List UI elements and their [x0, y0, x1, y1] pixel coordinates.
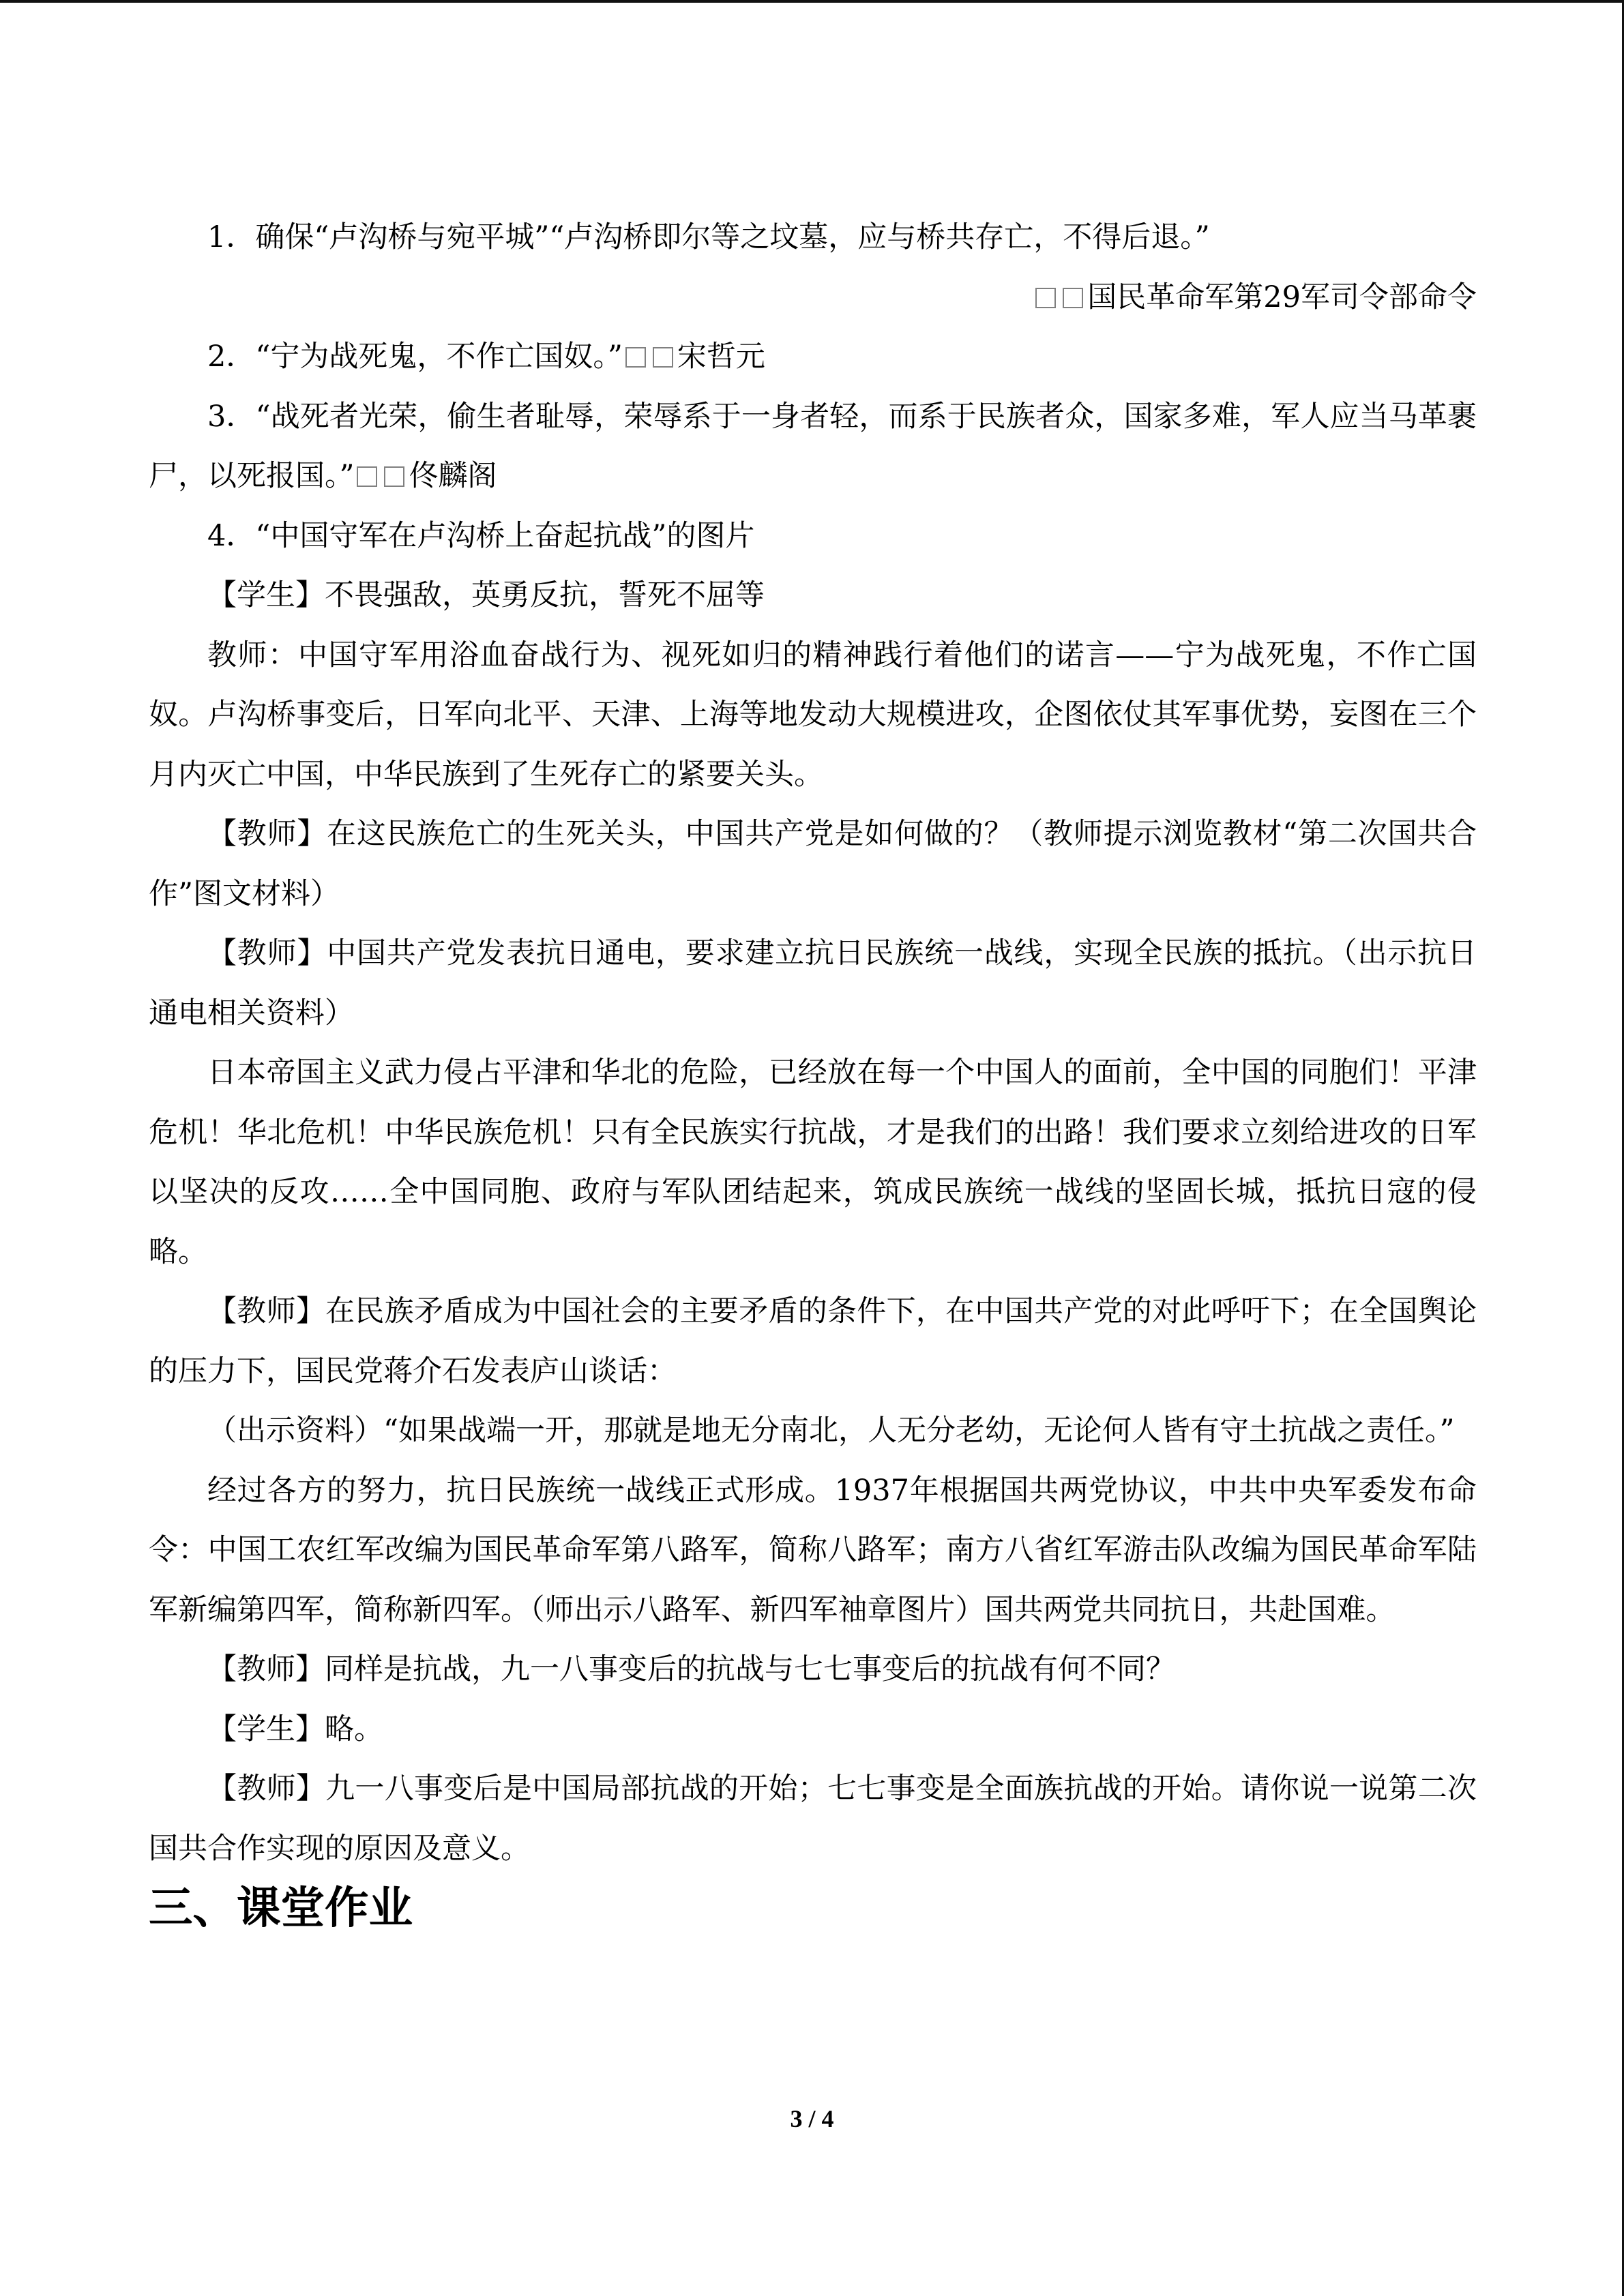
student-response-1: 【学生】不畏强敌，英勇反抗，誓死不屈等 — [149, 566, 1477, 626]
telegram-excerpt: 日本帝国主义武力侵占平津和华北的危险，已经放在每一个中国人的面前，全中国的同胞们… — [149, 1043, 1477, 1282]
teacher-paragraph-3: 【教师】中国共产党发表抗日通电，要求建立抗日民族统一战线，实现全民族的抵抗。（出… — [149, 924, 1477, 1043]
missing-glyph-icon — [1035, 288, 1056, 308]
quote-2-text: 2．“宁为战死鬼，不作亡国奴。” — [207, 340, 623, 374]
quote-3-text: 3．“战死者光荣，偷生者耻辱，荣辱系于一身者轻，而系于民族者众，国家多难，军人应… — [149, 400, 1477, 494]
attribution-text: 国民革命军第29军司令部命令 — [1087, 280, 1477, 314]
document-page: 1．确保“卢沟桥与宛平城”“卢沟桥即尔等之坟墓，应与桥共存亡，不得后退。” 国民… — [149, 208, 1477, 1939]
missing-glyph-icon — [625, 347, 646, 368]
section-heading: 三、课堂作业 — [149, 1879, 1477, 1939]
quote-1-attribution: 国民革命军第29军司令部命令 — [149, 268, 1477, 328]
lushan-speech-excerpt: （出示资料）“如果战端一开，那就是地无分南北，人无分老幼，无论何人皆有守土抗战之… — [149, 1401, 1477, 1461]
quote-3: 3．“战死者光荣，偷生者耻辱，荣辱系于一身者轻，而系于民族者众，国家多难，军人应… — [149, 387, 1477, 507]
united-front-paragraph: 经过各方的努力，抗日民族统一战线正式形成。1937年根据国共两党协议，中共中央军… — [149, 1461, 1477, 1641]
quote-1: 1．确保“卢沟桥与宛平城”“卢沟桥即尔等之坟墓，应与桥共存亡，不得后退。” — [149, 208, 1477, 268]
teacher-question: 【教师】同样是抗战，九一八事变后的抗战与七七事变后的抗战有何不同？ — [149, 1640, 1477, 1700]
missing-glyph-icon — [1063, 288, 1083, 308]
teacher-paragraph-2: 【教师】在这民族危亡的生死关头，中国共产党是如何做的？（教师提示浏览教材“第二次… — [149, 805, 1477, 924]
quote-2-attribution: 宋哲元 — [677, 340, 765, 374]
student-response-2: 【学生】略。 — [149, 1700, 1477, 1760]
quote-2: 2．“宁为战死鬼，不作亡国奴。”宋哲元 — [149, 327, 1477, 387]
quote-4: 4．“中国守军在卢沟桥上奋起抗战”的图片 — [149, 507, 1477, 567]
missing-glyph-icon — [384, 466, 404, 487]
teacher-paragraph-4: 【教师】在民族矛盾成为中国社会的主要矛盾的条件下，在中国共产党的对此呼吁下；在全… — [149, 1282, 1477, 1401]
quote-3-attribution: 佟麟阁 — [409, 459, 497, 493]
teacher-paragraph-1: 教师：中国守军用浴血奋战行为、视死如归的精神践行着他们的诺言——宁为战死鬼，不作… — [149, 626, 1477, 805]
missing-glyph-icon — [653, 347, 673, 368]
page-number: 3 / 4 — [0, 2105, 1624, 2132]
missing-glyph-icon — [357, 466, 377, 487]
teacher-paragraph-5: 【教师】九一八事变后是中国局部抗战的开始；七七事变是全面族抗战的开始。请你说一说… — [149, 1759, 1477, 1879]
